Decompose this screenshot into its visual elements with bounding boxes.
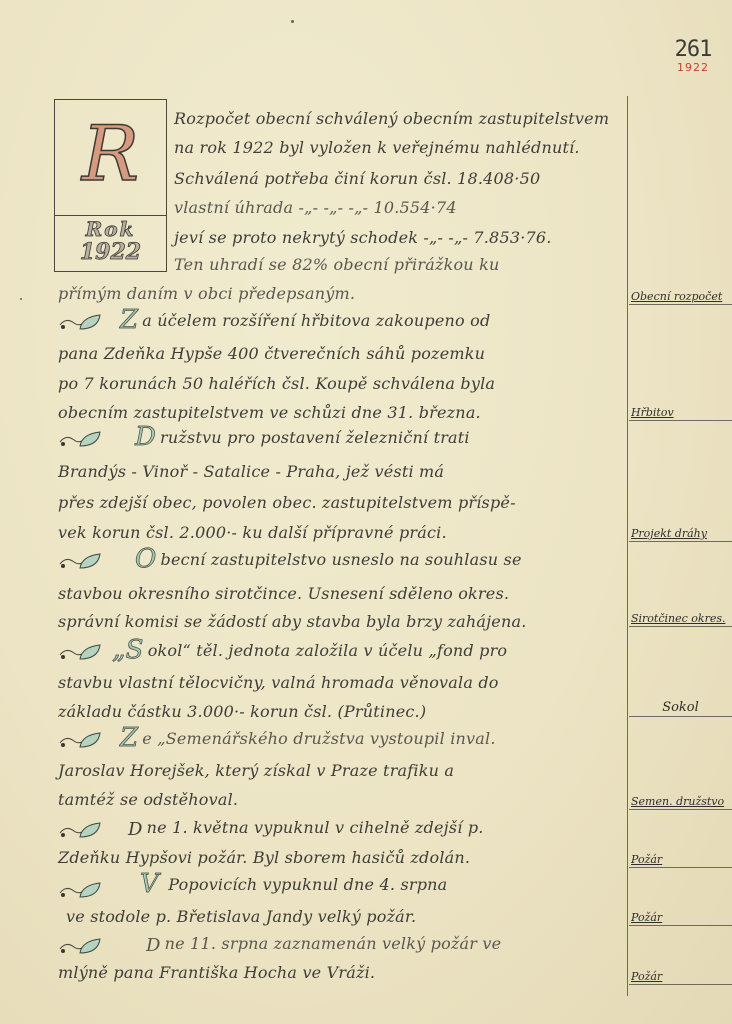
sokol-line: „Sokol“ těl. jednota založila v účelu „f… — [112, 639, 507, 662]
leaf-flourish-icon — [58, 881, 104, 901]
margin-note-budget: Obecní rozpočet — [629, 282, 732, 305]
orphanage-line: správní komisi se žádostí aby stavba byl… — [58, 611, 527, 633]
budget-line: na rok 1922 byl vyložen k veřejnému nahl… — [174, 137, 580, 159]
lead-letter: D — [146, 935, 161, 956]
decorated-initial-box: R Rok 1922 — [54, 99, 167, 272]
folio: 261 1922 — [668, 38, 718, 74]
lead-letter: „S — [112, 635, 144, 665]
leaf-flourish-icon — [58, 430, 104, 450]
paper-speck — [20, 298, 22, 300]
seed-coop-line: Jaroslav Horejšek, který získal v Praze … — [58, 760, 454, 782]
page-year: 1922 — [668, 62, 718, 74]
year-value: 1922 — [55, 240, 166, 264]
leaf-flourish-icon — [58, 937, 104, 957]
budget-line: přímým daním v obci předepsaným. — [58, 283, 355, 305]
margin-note-fire-1: Požár — [629, 845, 732, 868]
lead-letter: V — [140, 869, 159, 899]
railway-line: vek korun čsl. 2.000·- ku další přípravn… — [58, 522, 447, 544]
margin-note-orphanage: Sirotčinec okres. — [629, 604, 732, 627]
lead-letter: O — [135, 544, 157, 574]
leaf-flourish-icon — [58, 313, 104, 333]
margin-note-cemetery: Hřbitov — [629, 398, 732, 421]
cemetery-line: obecním zastupitelstvem ve schůzi dne 31… — [58, 402, 481, 424]
leaf-flourish-icon — [58, 821, 104, 841]
fire-2-line: ve stodole p. Břetislava Jandy velký pož… — [66, 906, 416, 928]
budget-line: Ten uhradí se 82% obecní přirážkou ku — [174, 254, 500, 276]
year-label: Rok — [55, 218, 166, 240]
margin-note-fire-2: Požár — [629, 903, 732, 926]
sokol-line: základu částku 3.000·- korun čsl. (Průti… — [58, 701, 426, 723]
budget-line: vlastní úhrada -„- -„- -„- 10.554·74 — [174, 197, 457, 219]
railway-line: přes zdejší obec, povolen obec. zastupit… — [58, 492, 516, 514]
lead-letter: Z — [120, 723, 138, 753]
budget-line: Schválená potřeba činí korun čsl. 18.408… — [174, 168, 540, 190]
leaf-flourish-icon — [58, 731, 104, 751]
chronicle-page: 261 1922 R Rok 1922 Obecní rozpočet Hřbi… — [0, 0, 732, 1024]
cemetery-line: pana Zdeňka Hypše 400 čtverečních sáhů p… — [58, 343, 485, 365]
fire-1-line: Dne 1. května vypuknul v cihelně zdejší … — [128, 817, 484, 841]
railway-line: Družstvu pro postavení železniční trati — [135, 426, 470, 449]
lead-letter: D — [135, 422, 156, 452]
margin-rule — [627, 96, 628, 996]
fire-3-line: Dne 11. srpna zaznamenán velký požár ve — [146, 933, 501, 957]
margin-note-seed-coop: Semen. družstvo — [629, 787, 732, 810]
orphanage-line: stavbou okresního sirotčince. Usnesení s… — [58, 583, 509, 605]
fire-3-line: mlýně pana Františka Hocha ve Vráži. — [58, 962, 375, 984]
margin-note-railway: Projekt dráhy — [629, 519, 732, 542]
lead-letter: Z — [120, 305, 138, 335]
budget-line: Rozpočet obecní schválený obecním zastup… — [174, 108, 609, 130]
fire-2-line: V Popovicích vypuknul dne 4. srpna — [140, 873, 447, 896]
leaf-flourish-icon — [58, 552, 104, 572]
margin-note-sokol: Sokol — [629, 694, 732, 717]
seed-coop-line: Ze „Semenářského družstva vystoupil inva… — [120, 727, 496, 750]
margin-note-fire-3: Požár — [629, 962, 732, 985]
lead-letter: D — [128, 819, 143, 840]
cemetery-line: po 7 korunách 50 haléřích čsl. Koupě sch… — [58, 373, 495, 395]
cemetery-line: Za účelem rozšíření hřbitova zakoupeno o… — [120, 309, 490, 332]
box-divider — [55, 215, 166, 216]
budget-line: jeví se proto nekrytý schodek -„- -„- 7.… — [174, 227, 552, 249]
drop-cap-letter: R — [55, 110, 166, 198]
seed-coop-line: tamtéž se odstěhoval. — [58, 789, 238, 811]
leaf-flourish-icon — [58, 643, 104, 663]
sokol-line: stavbu vlastní tělocvičny, valná hromada… — [58, 672, 499, 694]
fire-1-line: Zdeňku Hypšovi požár. Byl sborem hasičů … — [58, 847, 470, 869]
page-number: 261 — [668, 38, 718, 62]
paper-speck — [291, 20, 294, 23]
orphanage-line: Obecní zastupitelstvo usneslo na souhlas… — [135, 548, 522, 571]
railway-line: Brandýs - Vinoř - Satalice - Praha, jež … — [58, 461, 444, 483]
